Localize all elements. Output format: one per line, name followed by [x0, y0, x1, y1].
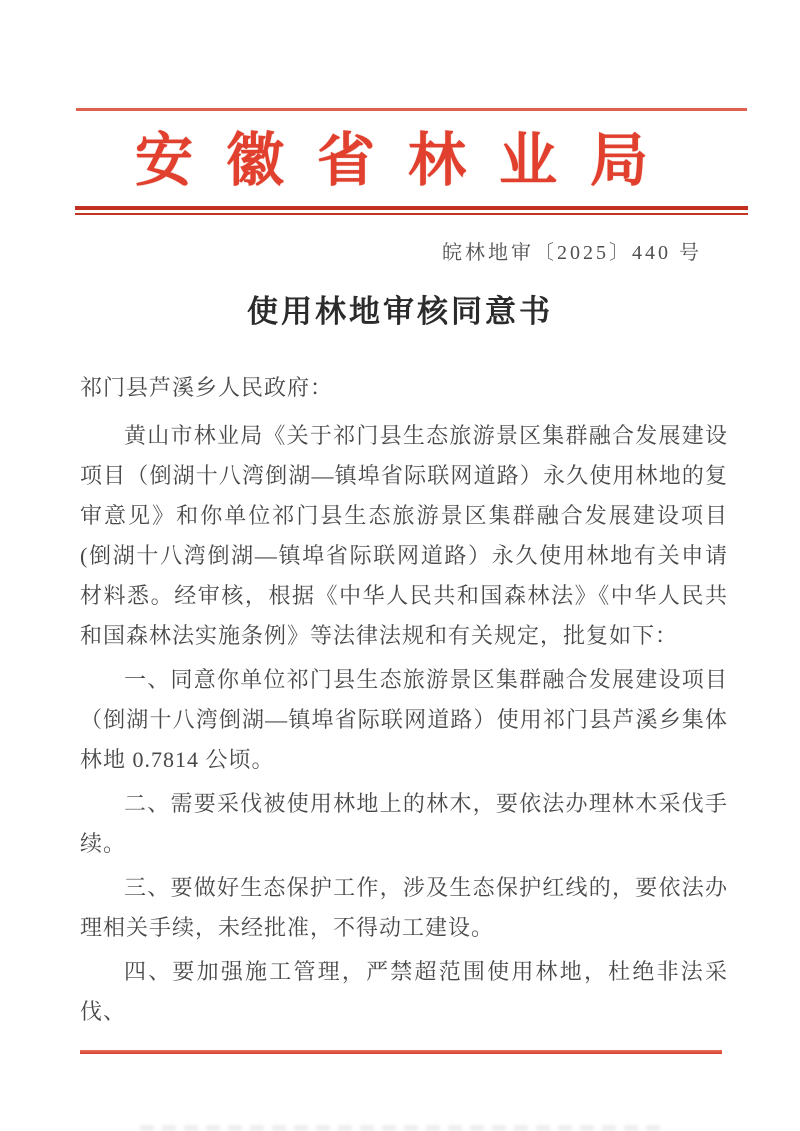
letterhead-double-rule	[75, 206, 748, 215]
document-title: 使用林地审核同意书	[0, 290, 800, 334]
salutation: 祁门县芦溪乡人民政府：	[80, 368, 728, 408]
paragraph-item-2: 二、需要采伐被使用林地上的林木，要依法办理林木采伐手续。	[80, 784, 728, 864]
paragraph-item-1: 一、同意你单位祁门县生态旅游景区集群融合发展建设项目（倒湖十八湾倒湖—镇埠省际联…	[80, 660, 728, 780]
paragraph-item-4: 四、要加强施工管理，严禁超范围使用林地，杜绝非法采伐、	[80, 952, 728, 1032]
paragraph-intro: 黄山市林业局《关于祁门县生态旅游景区集群融合发展建设项目（倒湖十八湾倒湖—镇埠省…	[80, 416, 728, 656]
document-body: 祁门县芦溪乡人民政府： 黄山市林业局《关于祁门县生态旅游景区集群融合发展建设项目…	[80, 368, 728, 1032]
paragraph-item-3: 三、要做好生态保护工作，涉及生态保护红线的，要依法办理相关手续，未经批准，不得动…	[80, 868, 728, 948]
document-page: 安徽省林业局 皖林地审〔2025〕440 号 使用林地审核同意书 祁门县芦溪乡人…	[0, 0, 800, 1131]
double-rule-thin-line	[75, 213, 748, 215]
document-number: 皖林地审〔2025〕440 号	[442, 238, 702, 268]
agency-letterhead: 安徽省林业局	[135, 122, 735, 200]
bottom-red-rule	[80, 1050, 722, 1054]
cutoff-text-ghost	[140, 1125, 660, 1131]
top-red-rule	[76, 108, 747, 111]
